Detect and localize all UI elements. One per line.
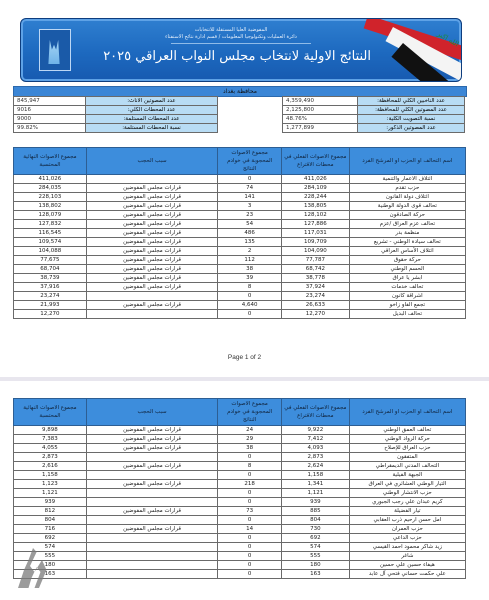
cell-reason: قرارات مجلس المفوضين: [86, 265, 217, 274]
cell-actual: 180: [281, 561, 349, 570]
cell-name: تحالف خدمات: [349, 283, 465, 292]
table-row: امل حسن ارحيم ذرب العقابي8040804: [14, 516, 466, 525]
cell-withheld: 0: [218, 453, 282, 462]
cell-name: التيار الوطني العشائري في العراق: [349, 480, 465, 489]
cell-reason: قرارات مجلس المفوضين: [86, 462, 217, 471]
page-title: النتائج الاولية لانتخاب مجلس النواب العر…: [121, 49, 371, 64]
cell-name: تحالف عزم العراق /عزم: [349, 220, 465, 229]
cell-actual: 2,624: [281, 462, 349, 471]
cell-actual: 26,633: [281, 301, 349, 310]
cell-name: علي حكمت حساني فتحي آل عابد: [349, 570, 465, 579]
cell-name: شاغر: [349, 552, 465, 561]
cell-withheld: 38: [218, 265, 282, 274]
table-row: التيار الوطني العشائري في العراق1,341218…: [14, 480, 466, 489]
stat-value: 1,277,899: [283, 124, 358, 133]
cell-name: حزب العمران: [349, 525, 465, 534]
cell-reason: قرارات مجلس المفوضين: [86, 238, 217, 247]
cell-actual: 9,922: [281, 426, 349, 435]
cell-name: حركة الصادقون: [349, 211, 465, 220]
cell-withheld: 112: [218, 256, 282, 265]
stat-value: 9000: [14, 115, 86, 124]
cell-name: كريم عبدان علي رجب الجبوري: [349, 498, 465, 507]
table-row: حزب العمران73014قرارات مجلس المفوضين716: [14, 525, 466, 534]
table-row: هيفاء حسين علي حسين1800180: [14, 561, 466, 570]
cell-actual: 574: [281, 543, 349, 552]
stat-label: نسبة التصويت الكلية:: [358, 115, 465, 124]
cell-reason: [86, 310, 217, 319]
cell-withheld: 24: [218, 426, 282, 435]
cell-reason: قرارات مجلس المفوضين: [86, 435, 217, 444]
cell-withheld: 38: [218, 444, 282, 453]
table-row: حزب الداعي6920692: [14, 534, 466, 543]
cell-final: 77,675: [14, 256, 87, 265]
stat-value: 9016: [14, 106, 86, 115]
cell-reason: [86, 516, 217, 525]
cell-name: اشراقة كانون: [349, 292, 465, 301]
cell-withheld: 141: [218, 193, 282, 202]
cell-withheld: 135: [218, 238, 282, 247]
cell-name: هيفاء حسين علي حسين: [349, 561, 465, 570]
cell-final: 21,993: [14, 301, 87, 310]
table-row: تحالف البديل12,270012,270: [14, 310, 466, 319]
cell-actual: 163: [281, 570, 349, 579]
cell-final: 939: [14, 498, 87, 507]
cell-actual: 104,090: [281, 247, 349, 256]
cell-final: 2,616: [14, 462, 87, 471]
results-table-page-2: اسم التحالف او الحزب او المرشح الفرد مجم…: [13, 398, 466, 579]
cell-final: 109,574: [14, 238, 87, 247]
table-row: التحالف المدني الديمقراطي2,6248قرارات مج…: [14, 462, 466, 471]
cell-actual: 38,778: [281, 274, 349, 283]
cell-actual: 12,270: [281, 310, 349, 319]
table-row: الجبهة الفيلية1,15801,158: [14, 471, 466, 480]
cell-reason: [86, 570, 217, 579]
table-row: اشراقة كانون23,274023,274: [14, 292, 466, 301]
stat-label: عدد المصوتين الكلي للمحافظة:: [358, 106, 465, 115]
cell-name: منظمة بدر: [349, 229, 465, 238]
stat-label: عدد المصوتين الذكور:: [358, 124, 465, 133]
cell-name: حركة الرواد الوطني: [349, 435, 465, 444]
cell-actual: 127,886: [281, 220, 349, 229]
cell-reason: [86, 543, 217, 552]
cell-withheld: 0: [218, 310, 282, 319]
cell-actual: 68,742: [281, 265, 349, 274]
header-final-votes: مجموع الاصوات النهائية المحتسبة: [14, 399, 87, 426]
cell-actual: 23,274: [281, 292, 349, 301]
cell-withheld: 0: [218, 570, 282, 579]
cell-name: تحالف العمق الوطني: [349, 426, 465, 435]
stats-right-table: عدد الناخبين الكلي للمحافظة:4,359,490عدد…: [282, 96, 465, 133]
cell-name: ائتلاف الاعمار والتنمية: [349, 175, 465, 184]
table-row: علي حكمت حساني فتحي آل عابد1630163: [14, 570, 466, 579]
table-row: تحالف عزم العراق /عزم127,88654قرارات مجل…: [14, 220, 466, 229]
table-row: حزب العراق للإصلاح4,09338قرارات مجلس الم…: [14, 444, 466, 453]
cell-reason: قرارات مجلس المفوضين: [86, 507, 217, 516]
cell-actual: 1,158: [281, 471, 349, 480]
cell-final: 692: [14, 534, 87, 543]
cell-withheld: 0: [218, 471, 282, 480]
results-page-1: المفوضية العليا المستقلة للانتخابات دائر…: [0, 0, 489, 330]
cell-reason: قرارات مجلس المفوضين: [86, 480, 217, 489]
cell-actual: 128,102: [281, 211, 349, 220]
cell-withheld: 0: [218, 543, 282, 552]
cell-reason: قرارات مجلس المفوضين: [86, 301, 217, 310]
cell-actual: 7,412: [281, 435, 349, 444]
table-row: تيار الفضيلة88573قرارات مجلس المفوضين812: [14, 507, 466, 516]
cell-reason: [86, 471, 217, 480]
table-row: تحالف خدمات37,9248قرارات مجلس المفوضين37…: [14, 283, 466, 292]
header-actual-votes: مجموع الاصوات الفعلي في محطات الاقتراع: [281, 399, 349, 426]
table-row: كريم عبدان علي رجب الجبوري9390939: [14, 498, 466, 507]
cell-reason: [86, 292, 217, 301]
cell-reason: قرارات مجلس المفوضين: [86, 202, 217, 211]
header-name: اسم التحالف او الحزب او المرشح الفرد: [349, 148, 465, 175]
cell-reason: قرارات مجلس المفوضين: [86, 193, 217, 202]
header-name: اسم التحالف او الحزب او المرشح الفرد: [349, 399, 465, 426]
table-row: تجمع الفاو زاخو26,6334,640قرارات مجلس ال…: [14, 301, 466, 310]
cell-final: 411,026: [14, 175, 87, 184]
stat-value: 2,125,800: [283, 106, 358, 115]
cell-final: 23,274: [14, 292, 87, 301]
cell-reason: [86, 534, 217, 543]
table-row: الحسم الوطني68,74238قرارات مجلس المفوضين…: [14, 265, 466, 274]
cell-final: 127,832: [14, 220, 87, 229]
cell-name: حزب الداعي: [349, 534, 465, 543]
cell-withheld: 29: [218, 435, 282, 444]
cell-final: 12,270: [14, 310, 87, 319]
cell-actual: 4,093: [281, 444, 349, 453]
stat-row: نسبة المحطات المستلمة:99.82%: [14, 124, 218, 133]
cell-withheld: 8: [218, 462, 282, 471]
cell-withheld: 74: [218, 184, 282, 193]
cell-actual: 284,109: [281, 184, 349, 193]
cell-name: التحالف المدني الديمقراطي: [349, 462, 465, 471]
results-page-2: اسم التحالف او الحزب او المرشح الفرد مجم…: [0, 381, 489, 600]
cell-final: 716: [14, 525, 87, 534]
cell-reason: [86, 453, 217, 462]
results-table-page-1: اسم التحالف او الحزب او المرشح الفرد مجم…: [13, 147, 466, 319]
table-row: منظمة بدر117,031486قرارات مجلس المفوضين1…: [14, 229, 466, 238]
cell-withheld: 23: [218, 211, 282, 220]
cell-actual: 1,341: [281, 480, 349, 489]
cell-withheld: 73: [218, 507, 282, 516]
cell-reason: قرارات مجلس المفوضين: [86, 184, 217, 193]
cell-actual: 138,805: [281, 202, 349, 211]
cell-final: 228,103: [14, 193, 87, 202]
stat-row: عدد المصوتين الاناث:845,947: [14, 97, 218, 106]
cell-final: 1,123: [14, 480, 87, 489]
cell-final: 1,158: [14, 471, 87, 480]
table-row: حركة الصادقون128,10223قرارات مجلس المفوض…: [14, 211, 466, 220]
header-withheld-votes: مجموع الاصوات المحجوبة في خوادم النتائج: [218, 148, 282, 175]
cell-withheld: 39: [218, 274, 282, 283]
stat-row: عدد المحطات الكلي:9016: [14, 106, 218, 115]
cell-final: 1,121: [14, 489, 87, 498]
cell-reason: قرارات مجلس المفوضين: [86, 444, 217, 453]
stat-row: عدد المصوتين الذكور:1,277,899: [283, 124, 465, 133]
cell-reason: قرارات مجلس المفوضين: [86, 211, 217, 220]
table-row: تحالف العمق الوطني9,92224قرارات مجلس الم…: [14, 426, 466, 435]
cell-withheld: 14: [218, 525, 282, 534]
cell-withheld: 0: [218, 516, 282, 525]
cell-withheld: 0: [218, 498, 282, 507]
cell-actual: 37,924: [281, 283, 349, 292]
cell-reason: [86, 175, 217, 184]
cell-reason: قرارات مجلس المفوضين: [86, 256, 217, 265]
cell-reason: قرارات مجلس المفوضين: [86, 283, 217, 292]
table-row: زيد شاكر محمود احمد القيسي5740574: [14, 543, 466, 552]
cell-final: 38,739: [14, 274, 87, 283]
table-row: حزب تقدم284,10974قرارات مجلس المفوضين284…: [14, 184, 466, 193]
cell-final: 138,802: [14, 202, 87, 211]
table-row: ائتلاف دولة القانون228,244141قرارات مجلس…: [14, 193, 466, 202]
cell-actual: 109,709: [281, 238, 349, 247]
stat-value: 99.82%: [14, 124, 86, 133]
header-final-votes: مجموع الاصوات النهائية المحتسبة: [14, 148, 87, 175]
table-row: ائتلاف الاعمار والتنمية411,0260411,026: [14, 175, 466, 184]
stat-label: عدد الناخبين الكلي للمحافظة:: [358, 97, 465, 106]
cell-actual: 2,873: [281, 453, 349, 462]
cell-reason: قرارات مجلس المفوضين: [86, 525, 217, 534]
table-row: ابشر يا عراق38,77839قرارات مجلس المفوضين…: [14, 274, 466, 283]
cell-actual: 228,244: [281, 193, 349, 202]
stat-label: عدد المحطات الكلي:: [86, 106, 218, 115]
cell-reason: [86, 561, 217, 570]
cell-actual: 117,031: [281, 229, 349, 238]
cell-final: 812: [14, 507, 87, 516]
cell-name: حزب العراق للإصلاح: [349, 444, 465, 453]
header-withhold-reason: سبب الحجب: [86, 148, 217, 175]
cell-name: المتفقون: [349, 453, 465, 462]
cell-withheld: 54: [218, 220, 282, 229]
stat-value: 48.76%: [283, 115, 358, 124]
header-withhold-reason: سبب الحجب: [86, 399, 217, 426]
cell-withheld: 0: [218, 175, 282, 184]
cell-name: زيد شاكر محمود احمد القيسي: [349, 543, 465, 552]
cell-withheld: 8: [218, 283, 282, 292]
cell-final: 128,079: [14, 211, 87, 220]
cell-reason: [86, 489, 217, 498]
cell-actual: 692: [281, 534, 349, 543]
header-withheld-votes: مجموع الاصوات المحجوبة في خوادم النتائج: [218, 399, 282, 426]
cell-name: ائتلاف دولة القانون: [349, 193, 465, 202]
cell-actual: 730: [281, 525, 349, 534]
cell-name: تجمع الفاو زاخو: [349, 301, 465, 310]
cell-reason: [86, 498, 217, 507]
cell-withheld: 0: [218, 292, 282, 301]
table-row: المتفقون2,87302,873: [14, 453, 466, 462]
cell-withheld: 3: [218, 202, 282, 211]
cell-reason: قرارات مجلس المفوضين: [86, 229, 217, 238]
cell-reason: [86, 552, 217, 561]
header-divider: [171, 43, 311, 44]
page-number: Page 1 of 2: [0, 354, 489, 361]
cell-name: تحالف البديل: [349, 310, 465, 319]
cell-final: 2,873: [14, 453, 87, 462]
stat-row: عدد المحطات المستلمة:9000: [14, 115, 218, 124]
cell-name: تحالف سيادة الوطني - تشريع: [349, 238, 465, 247]
cell-name: امل حسن ارحيم ذرب العقابي: [349, 516, 465, 525]
cell-name: حركة حقوق: [349, 256, 465, 265]
cell-actual: 411,026: [281, 175, 349, 184]
watermark-logo-icon: [14, 544, 54, 590]
cell-withheld: 4,640: [218, 301, 282, 310]
cell-final: 4,055: [14, 444, 87, 453]
cell-name: ائتلاف الأساس العراقي: [349, 247, 465, 256]
header-actual-votes: مجموع الاصوات الفعلي في محطات الاقتراع: [281, 148, 349, 175]
cell-withheld: 486: [218, 229, 282, 238]
cell-final: 804: [14, 516, 87, 525]
table-row: ائتلاف الأساس العراقي104,0902قرارات مجلس…: [14, 247, 466, 256]
cell-final: 68,704: [14, 265, 87, 274]
cell-reason: قرارات مجلس المفوضين: [86, 426, 217, 435]
cell-name: تيار الفضيلة: [349, 507, 465, 516]
table-header-row: اسم التحالف او الحزب او المرشح الفرد مجم…: [14, 399, 466, 426]
table-row: تحالف قوى الدولة الوطنية138,8053قرارات م…: [14, 202, 466, 211]
stat-value: 845,947: [14, 97, 86, 106]
cell-withheld: 218: [218, 480, 282, 489]
cell-name: حزب تقدم: [349, 184, 465, 193]
cell-final: 9,898: [14, 426, 87, 435]
cell-actual: 555: [281, 552, 349, 561]
stat-row: عدد المصوتين الكلي للمحافظة:2,125,800: [283, 106, 465, 115]
cell-final: 116,545: [14, 229, 87, 238]
stat-label: عدد المحطات المستلمة:: [86, 115, 218, 124]
cell-withheld: 2: [218, 247, 282, 256]
cell-actual: 1,121: [281, 489, 349, 498]
cell-withheld: 0: [218, 489, 282, 498]
stat-row: عدد الناخبين الكلي للمحافظة:4,359,490: [283, 97, 465, 106]
cell-reason: قرارات مجلس المفوضين: [86, 247, 217, 256]
stat-label: عدد المصوتين الاناث:: [86, 97, 218, 106]
cell-reason: قرارات مجلس المفوضين: [86, 220, 217, 229]
stat-value: 4,359,490: [283, 97, 358, 106]
cell-name: تحالف قوى الدولة الوطنية: [349, 202, 465, 211]
cell-name: الجبهة الفيلية: [349, 471, 465, 480]
table-row: حركة حقوق77,787112قرارات مجلس المفوضين77…: [14, 256, 466, 265]
cell-actual: 885: [281, 507, 349, 516]
stat-row: نسبة التصويت الكلية:48.76%: [283, 115, 465, 124]
cell-final: 37,916: [14, 283, 87, 292]
cell-withheld: 0: [218, 561, 282, 570]
cell-reason: قرارات مجلس المفوضين: [86, 274, 217, 283]
stats-left-table: عدد المصوتين الاناث:845,947عدد المحطات ا…: [13, 96, 218, 133]
table-row: حزب الانتشار الوطني1,12101,121: [14, 489, 466, 498]
table-row: حركة الرواد الوطني7,41229قرارات مجلس الم…: [14, 435, 466, 444]
cell-final: 104,088: [14, 247, 87, 256]
table-header-row: اسم التحالف او الحزب او المرشح الفرد مجم…: [14, 148, 466, 175]
iraq-flag-icon: الله اكبر: [368, 18, 462, 81]
cell-name: ابشر يا عراق: [349, 274, 465, 283]
cell-actual: 77,787: [281, 256, 349, 265]
cell-name: الحسم الوطني: [349, 265, 465, 274]
stat-label: نسبة المحطات المستلمة:: [86, 124, 218, 133]
cell-actual: 939: [281, 498, 349, 507]
table-row: تحالف سيادة الوطني - تشريع109,709135قرار…: [14, 238, 466, 247]
cell-withheld: 0: [218, 534, 282, 543]
cell-final: 7,383: [14, 435, 87, 444]
table-row: شاغر5550555: [14, 552, 466, 561]
header-banner: المفوضية العليا المستقلة للانتخابات دائر…: [20, 18, 462, 82]
cell-name: حزب الانتشار الوطني: [349, 489, 465, 498]
cell-actual: 804: [281, 516, 349, 525]
cell-withheld: 0: [218, 552, 282, 561]
cell-final: 284,035: [14, 184, 87, 193]
